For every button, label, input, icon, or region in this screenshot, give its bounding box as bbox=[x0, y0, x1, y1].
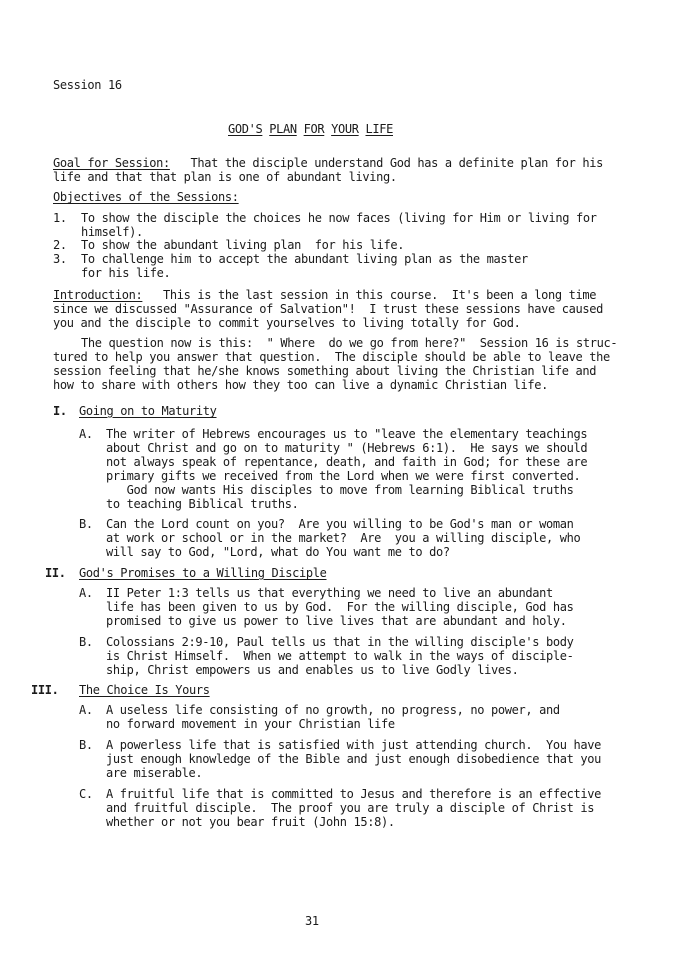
item-letter: A. bbox=[79, 703, 93, 717]
item-letter: B. bbox=[79, 517, 93, 531]
item-letter: A. bbox=[79, 586, 93, 600]
intro-text: you and the disciple to commit yourselve… bbox=[53, 316, 520, 330]
item-text: not always speak of repentance, death, a… bbox=[106, 455, 587, 469]
item-text: A fruitful life that is committed to Jes… bbox=[106, 787, 601, 801]
intro-text: This is the last session in this course.… bbox=[163, 288, 596, 302]
item-text: Can the Lord count on you? Are you willi… bbox=[106, 517, 573, 531]
title-word: FOR bbox=[304, 122, 325, 136]
intro-text: how to share with others how they too ca… bbox=[53, 378, 548, 392]
item-text: promised to give us power to live lives … bbox=[106, 614, 567, 628]
section-heading: Going on to Maturity bbox=[79, 404, 217, 418]
intro-label: Introduction: bbox=[53, 288, 142, 302]
item-letter: A. bbox=[79, 427, 93, 441]
item-letter: B. bbox=[79, 635, 93, 649]
page-number: 31 bbox=[305, 914, 319, 928]
title-word: PLAN bbox=[269, 122, 297, 136]
section-heading: God's Promises to a Willing Disciple bbox=[79, 566, 327, 580]
objectives-label: Objectives of the Sessions: bbox=[53, 190, 239, 204]
intro-text: The question now is this: " Where do we … bbox=[81, 336, 617, 350]
item-text: no forward movement in your Christian li… bbox=[106, 717, 395, 731]
section-heading: The Choice Is Yours bbox=[79, 683, 210, 697]
objective-text: To show the disciple the choices he now … bbox=[81, 211, 597, 225]
item-text: God now wants His disciples to move from… bbox=[106, 483, 573, 497]
objective-num: 1. bbox=[53, 211, 67, 225]
item-text: II Peter 1:3 tells us that everything we… bbox=[106, 586, 553, 600]
intro-line-1: Introduction: This is the last session i… bbox=[53, 288, 596, 302]
item-letter: B. bbox=[79, 738, 93, 752]
title-word: YOUR bbox=[331, 122, 359, 136]
objective-text: To challenge him to accept the abundant … bbox=[81, 252, 528, 266]
item-text: The writer of Hebrews encourages us to "… bbox=[106, 427, 587, 441]
intro-text: session feeling that he/she knows someth… bbox=[53, 364, 596, 378]
item-letter: C. bbox=[79, 787, 93, 801]
section-num: I. bbox=[53, 404, 67, 418]
item-text: life has been given to us by God. For th… bbox=[106, 600, 573, 614]
goal-line-1: Goal for Session: That the disciple unde… bbox=[53, 156, 603, 170]
section-num: III. bbox=[31, 683, 59, 697]
item-text: A powerless life that is satisfied with … bbox=[106, 738, 601, 752]
item-text: to teaching Biblical truths. bbox=[106, 497, 299, 511]
item-text: about Christ and go on to maturity " (He… bbox=[106, 441, 587, 455]
intro-text: since we discussed "Assurance of Salvati… bbox=[53, 302, 603, 316]
objective-text: himself). bbox=[81, 225, 143, 239]
intro-text: tured to help you answer that question. … bbox=[53, 350, 610, 364]
session-label: Session 16 bbox=[53, 78, 122, 92]
goal-label: Goal for Session: bbox=[53, 156, 170, 170]
title-word: LIFE bbox=[366, 122, 394, 136]
item-text: at work or school or in the market? Are … bbox=[106, 531, 580, 545]
item-text: A useless life consisting of no growth, … bbox=[106, 703, 560, 717]
page-title: GOD'S PLAN FOR YOUR LIFE bbox=[228, 122, 393, 136]
item-text: ship, Christ empowers us and enables us … bbox=[106, 663, 518, 677]
title-word: GOD'S bbox=[228, 122, 262, 136]
goal-text: That the disciple understand God has a d… bbox=[191, 156, 603, 170]
item-text: just enough knowledge of the Bible and j… bbox=[106, 752, 601, 766]
item-text: Colossians 2:9-10, Paul tells us that in… bbox=[106, 635, 573, 649]
goal-line-2: life and that that plan is one of abunda… bbox=[53, 170, 397, 184]
item-text: are miserable. bbox=[106, 766, 202, 780]
item-text: is Christ Himself. When we attempt to wa… bbox=[106, 649, 573, 663]
document-page: Session 16 GOD'S PLAN FOR YOUR LIFE Goal… bbox=[0, 0, 699, 958]
item-text: and fruitful disciple. The proof you are… bbox=[106, 801, 594, 815]
objective-num: 2. bbox=[53, 238, 67, 252]
objective-text: To show the abundant living plan for his… bbox=[81, 238, 404, 252]
item-text: primary gifts we received from the Lord … bbox=[106, 469, 580, 483]
item-text: whether or not you bear fruit (John 15:8… bbox=[106, 815, 395, 829]
objective-num: 3. bbox=[53, 252, 67, 266]
item-text: will say to God, "Lord, what do You want… bbox=[106, 545, 450, 559]
section-num: II. bbox=[45, 566, 66, 580]
objective-text: for his life. bbox=[81, 266, 170, 280]
